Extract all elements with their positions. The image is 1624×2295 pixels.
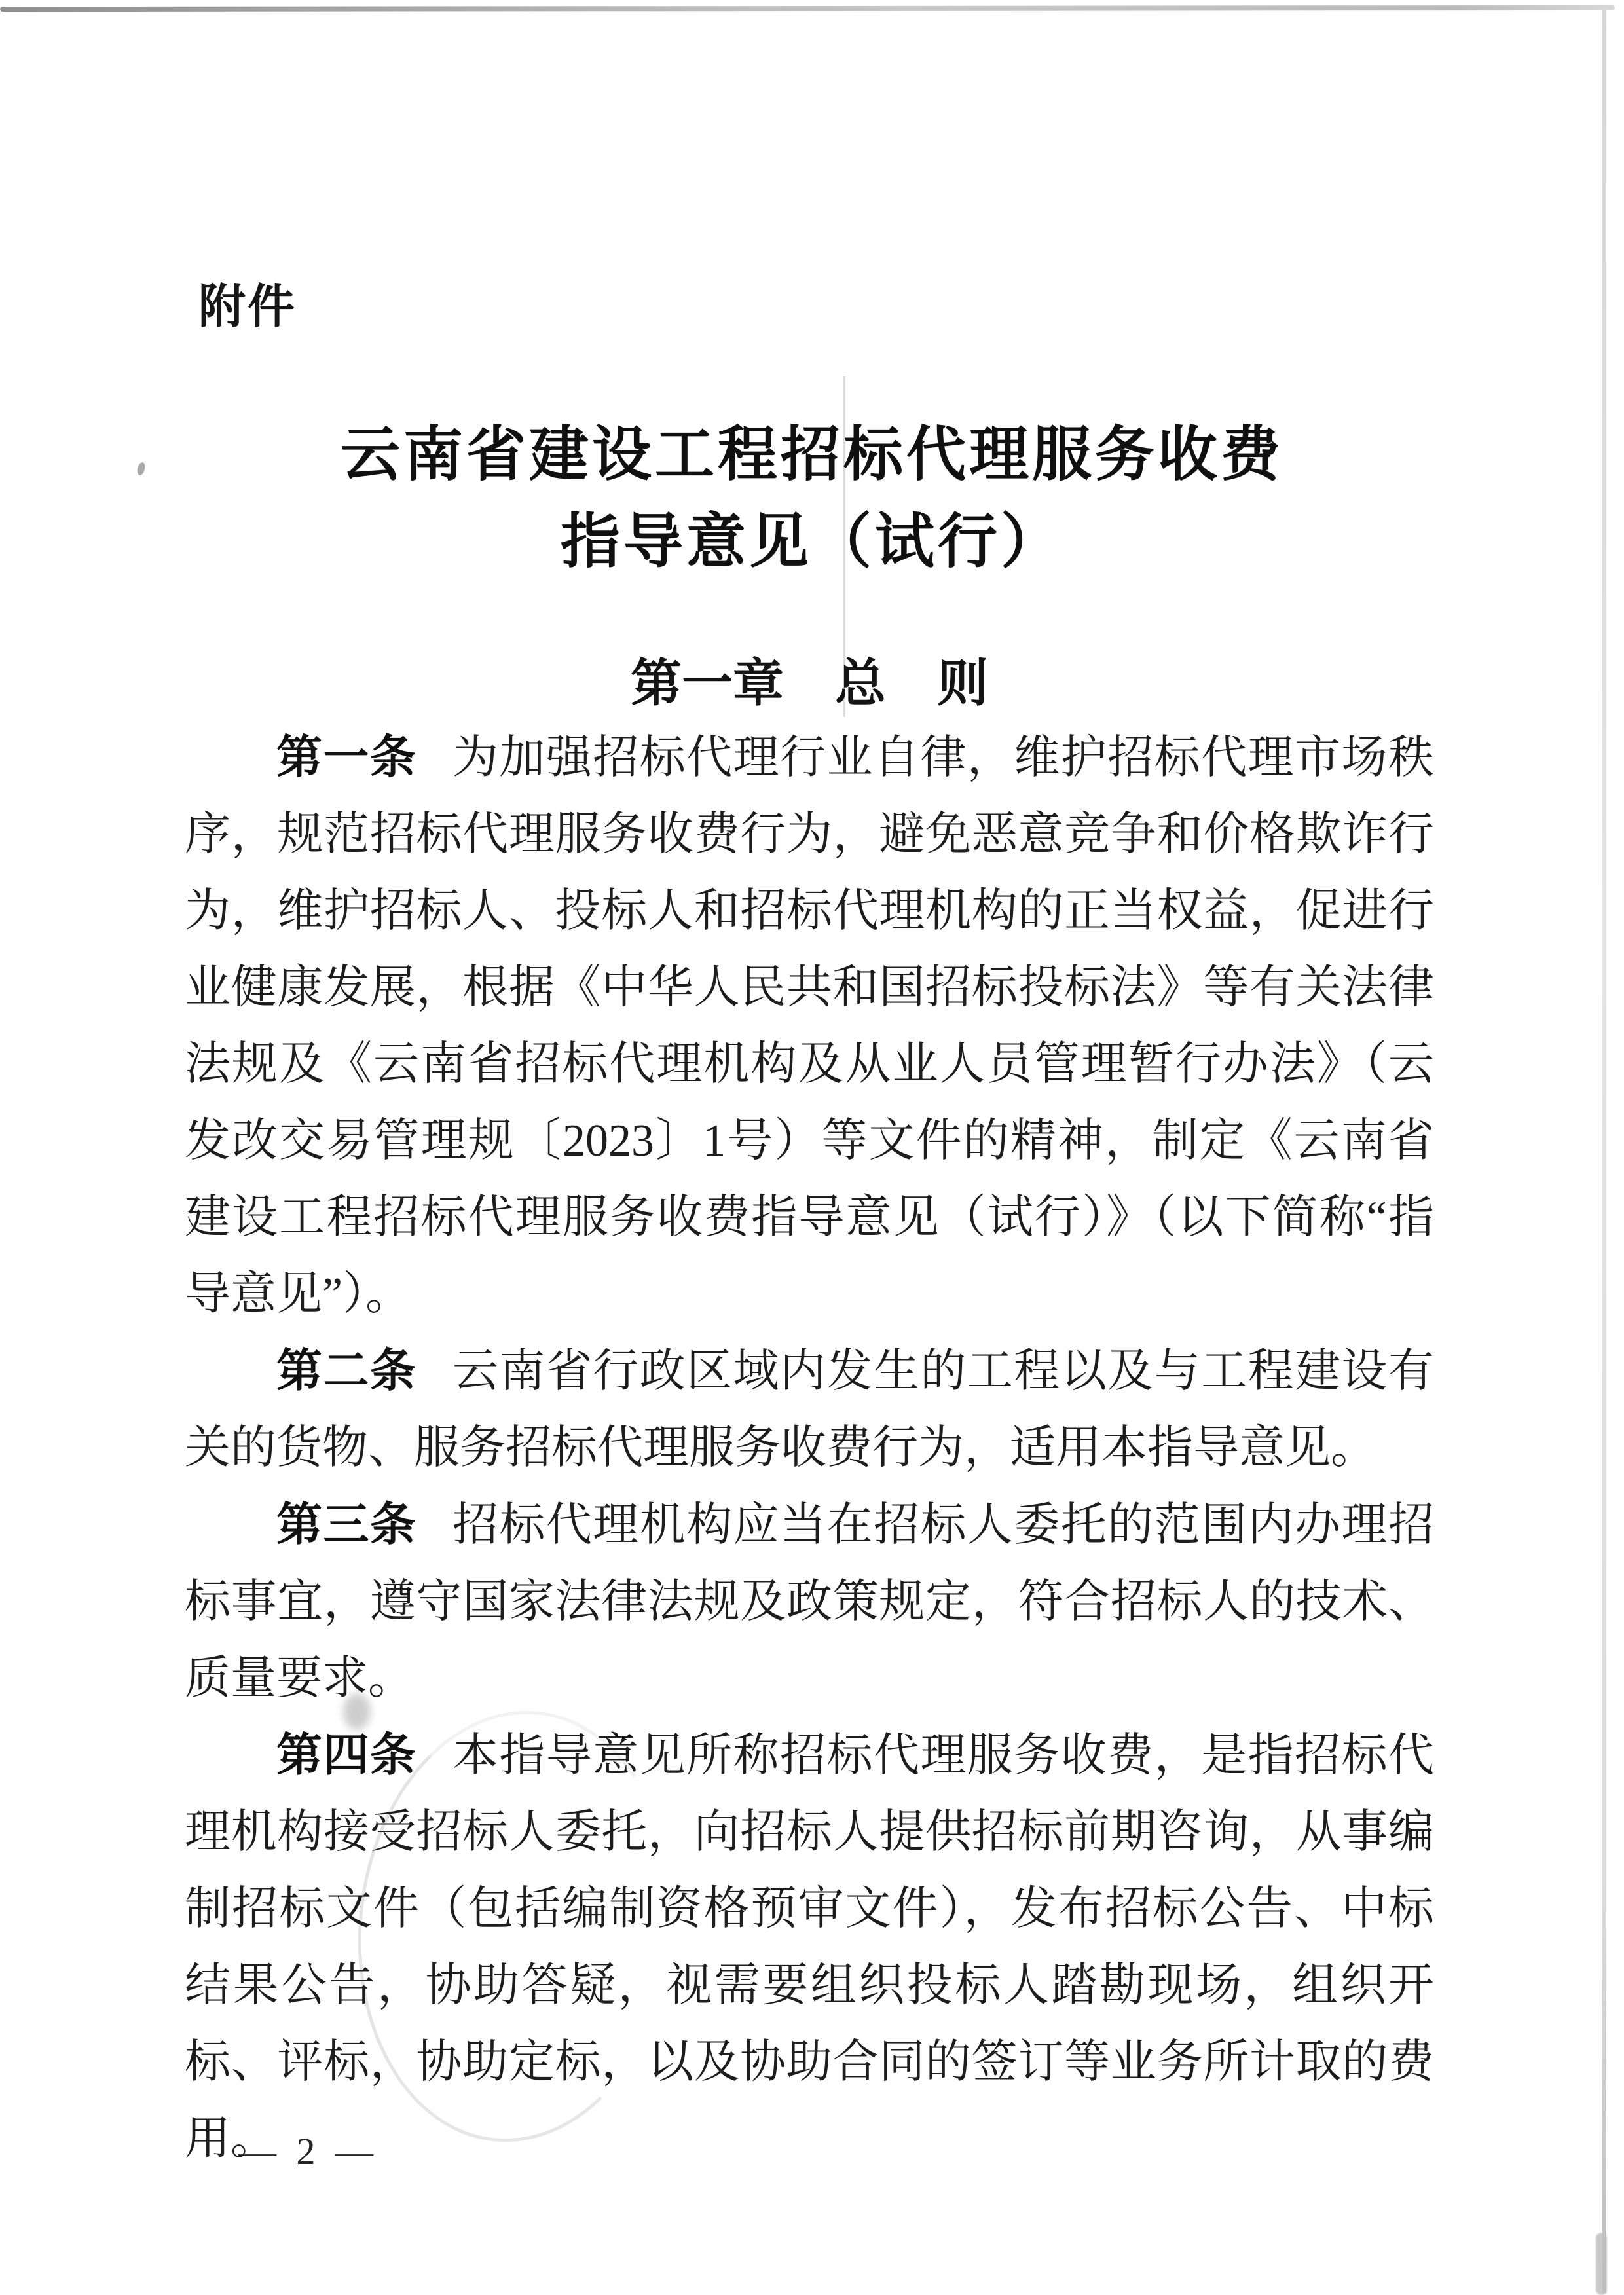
attachment-label: 附件: [198, 280, 297, 334]
document-title-line-1: 云南省建设工程招标代理服务收费: [0, 411, 1624, 498]
page-number: — 2 —: [238, 2133, 378, 2171]
document-title-line-2: 指导意见（试行）: [0, 498, 1624, 585]
document-title: 云南省建设工程招标代理服务收费 指导意见（试行）: [0, 411, 1624, 585]
article-2-paragraph: 第二条云南省行政区域内发生的工程以及与工程建设有关的货物、服务招标代理服务收费行…: [185, 1332, 1434, 1486]
article-3-paragraph: 第三条招标代理机构应当在招标人委托的范围内办理招标事宜，遵守国家法律法规及政策规…: [185, 1486, 1434, 1717]
document-body: 第一条为加强招标代理行业自律，维护招标代理市场秩序，规范招标代理服务收费行为，避…: [185, 719, 1434, 2177]
scan-edge-right-smudge: [1596, 2233, 1607, 2295]
scan-edge-top-line: [0, 5, 1615, 12]
scan-edge-right-line: [1602, 8, 1606, 2293]
article-2-number: 第二条: [276, 1345, 416, 1396]
chapter-heading: 第一章 总 则: [185, 657, 1434, 710]
article-4-paragraph: 第四条本指导意见所称招标代理服务收费，是指招标代理机构接受招标人委托，向招标人提…: [185, 1717, 1434, 2177]
article-4-number: 第四条: [276, 1729, 416, 1780]
article-4-text: 本指导意见所称招标代理服务收费，是指招标代理机构接受招标人委托，向招标人提供招标…: [185, 1731, 1434, 2164]
article-1-text: 为加强招标代理行业自律，维护招标代理市场秩序，规范招标代理服务收费行为，避免恶意…: [185, 733, 1434, 1319]
article-3-number: 第三条: [276, 1499, 416, 1550]
article-1-number: 第一条: [276, 731, 416, 782]
article-1-paragraph: 第一条为加强招标代理行业自律，维护招标代理市场秩序，规范招标代理服务收费行为，避…: [185, 719, 1434, 1332]
